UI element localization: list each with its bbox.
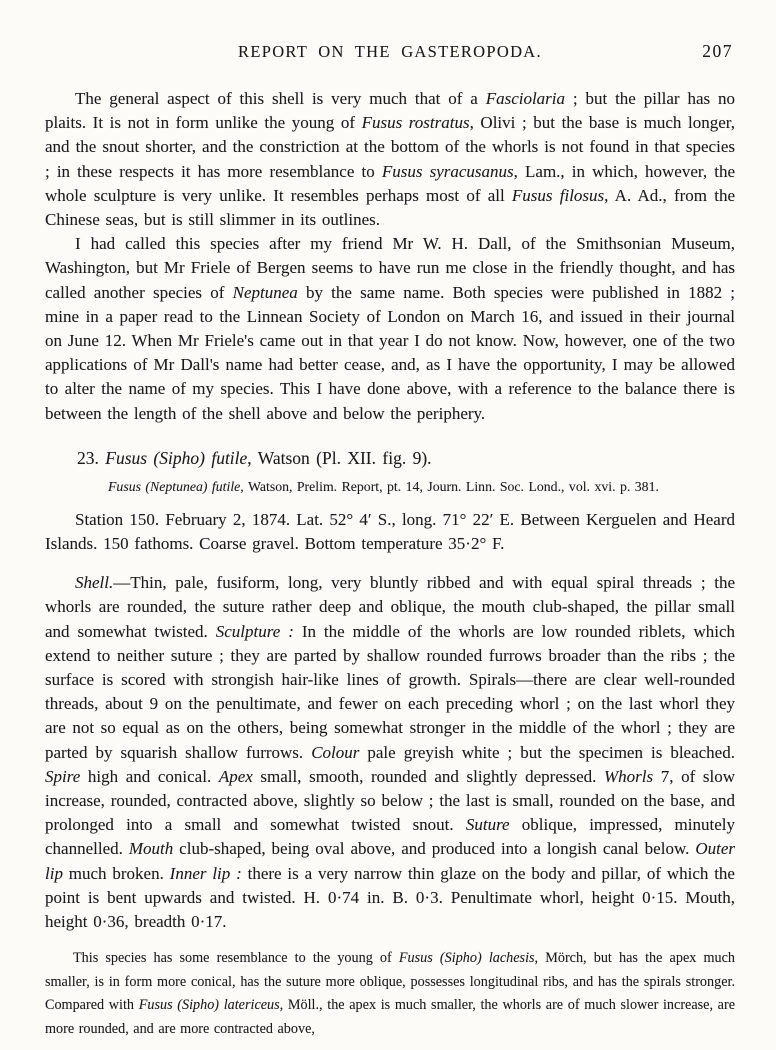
text-run: This species has some resemblance to the… xyxy=(73,950,399,966)
text-run: Spire xyxy=(45,767,80,786)
book-page: REPORT ON THE GASTEROPODA. 207 The gener… xyxy=(0,0,776,1050)
paragraph-station: Station 150. February 2, 1874. Lat. 52° … xyxy=(45,508,735,556)
text-run: much broken. xyxy=(63,864,170,883)
text-run: Fusus (Sipho) futile xyxy=(105,448,247,468)
text-run: Whorls xyxy=(604,767,653,786)
text-run: Colour xyxy=(311,743,359,762)
paragraph-general-aspect: The general aspect of this shell is very… xyxy=(45,87,735,232)
text-run: The general aspect of this shell is very… xyxy=(75,89,486,108)
synonym-citation: Fusus (Neptunea) futile, Watson, Prelim.… xyxy=(45,477,735,496)
text-run: Inner lip : xyxy=(170,864,242,883)
text-run: Neptunea xyxy=(233,283,298,302)
text-run: Mouth xyxy=(129,839,173,858)
text-run: Station 150. February 2, 1874. Lat. 52° … xyxy=(45,510,735,553)
text-run: 23. xyxy=(77,448,105,468)
text-run: small, smooth, rounded and slightly depr… xyxy=(253,767,604,786)
text-run: Fusus (Sipho) latericeus xyxy=(139,997,280,1013)
text-run: Sculpture : xyxy=(216,622,294,641)
page-number: 207 xyxy=(702,41,733,62)
text-run: , Watson (Pl. XII. fig. 9). xyxy=(247,448,431,468)
text-run: Shell. xyxy=(75,573,113,592)
text-run: Fusus rostratus xyxy=(362,113,470,132)
page-header: REPORT ON THE GASTEROPODA. 207 xyxy=(45,42,735,64)
text-run: In the middle of the whorls are low roun… xyxy=(45,622,735,762)
text-run: Apex xyxy=(219,767,253,786)
species-heading: 23. Fusus (Sipho) futile, Watson (Pl. XI… xyxy=(45,447,735,470)
paragraph-naming-history: I had called this species after my frien… xyxy=(45,232,735,426)
text-run: high and conical. xyxy=(80,767,219,786)
text-run: Fusus filosus xyxy=(512,186,604,205)
text-run: club-shaped, being oval above, and produ… xyxy=(173,839,695,858)
text-run: , Watson, Prelim. Report, pt. 14, Journ.… xyxy=(240,479,659,494)
text-run: Fasciolaria xyxy=(486,89,565,108)
text-run: Fusus syracusanus xyxy=(382,162,514,181)
text-run: Fusus (Neptunea) futile xyxy=(108,479,240,494)
text-block: The general aspect of this shell is very… xyxy=(45,87,735,1041)
text-run: by the same name. Both species were publ… xyxy=(45,283,735,423)
paragraph-shell-description: Shell.—Thin, pale, fusiform, long, very … xyxy=(45,571,735,934)
running-title: REPORT ON THE GASTEROPODA. xyxy=(45,42,735,62)
paragraph-comparison: This species has some resemblance to the… xyxy=(45,947,735,1041)
text-run: Suture xyxy=(466,815,510,834)
text-run: pale greyish white ; but the specimen is… xyxy=(359,743,735,762)
text-run: Fusus (Sipho) lachesis xyxy=(399,950,535,966)
